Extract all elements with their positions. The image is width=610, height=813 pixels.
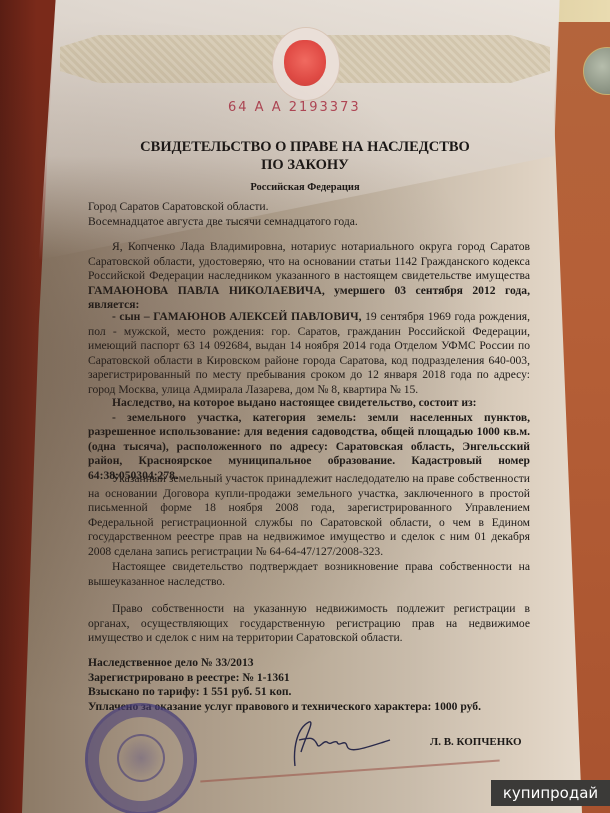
date-text: Восемнадцатое августа две тысячи семнадц… bbox=[88, 215, 528, 230]
tariff: Взыскано по тарифу: 1 551 руб. 51 коп. bbox=[88, 685, 548, 700]
place: Город Саратов Саратовской области. bbox=[88, 200, 528, 215]
deceased-name: ГАМАЮНОВА ПАВЛА НИКОЛАЕВИЧА, умершего 03… bbox=[88, 284, 530, 297]
confirmation: Настоящее свидетельство подтверждает воз… bbox=[88, 560, 530, 589]
intro-paragraph: Я, Копченко Лада Владимировна, нотариус … bbox=[88, 240, 530, 313]
place-and-date: Город Саратов Саратовской области. Восем… bbox=[88, 200, 528, 229]
heir-name: - сын – ГАМАЮНОВ АЛЕКСЕЙ ПАВЛОВИЧ, bbox=[112, 310, 361, 323]
title-line-2: ПО ЗАКОНУ bbox=[120, 156, 490, 174]
registry-number: Зарегистрировано в реестре: № 1-1361 bbox=[88, 671, 548, 686]
watermark-logo: купипродай bbox=[491, 780, 610, 806]
serial-number: 64 А А 2193373 bbox=[228, 100, 361, 115]
registration-note: Право собственности на указанную недвижи… bbox=[88, 602, 530, 646]
document-title: СВИДЕТЕЛЬСТВО О ПРАВЕ НА НАСЛЕДСТВО ПО З… bbox=[120, 138, 490, 174]
inheritance-paragraph: Наследство, на которое выдано настоящее … bbox=[88, 396, 530, 483]
heir-paragraph: - сын – ГАМАЮНОВ АЛЕКСЕЙ ПАВЛОВИЧ, 19 се… bbox=[88, 310, 530, 397]
country: Российская Федерация bbox=[120, 182, 490, 193]
coat-of-arms-icon bbox=[284, 40, 326, 86]
stamp-emblem-icon bbox=[117, 734, 165, 782]
title-line-1: СВИДЕТЕЛЬСТВО О ПРАВЕ НА НАСЛЕДСТВО bbox=[120, 138, 490, 156]
signature-icon bbox=[275, 718, 395, 770]
case-number: Наследственное дело № 33/2013 bbox=[88, 656, 548, 671]
ownership-basis: Указанный земельный участок принадлежит … bbox=[88, 472, 530, 559]
signer-name: Л. В. КОПЧЕНКО bbox=[430, 736, 522, 748]
intro-text: Я, Копченко Лада Владимировна, нотариус … bbox=[88, 240, 530, 282]
inheritance-header: Наследство, на которое выдано настоящее … bbox=[88, 396, 530, 411]
